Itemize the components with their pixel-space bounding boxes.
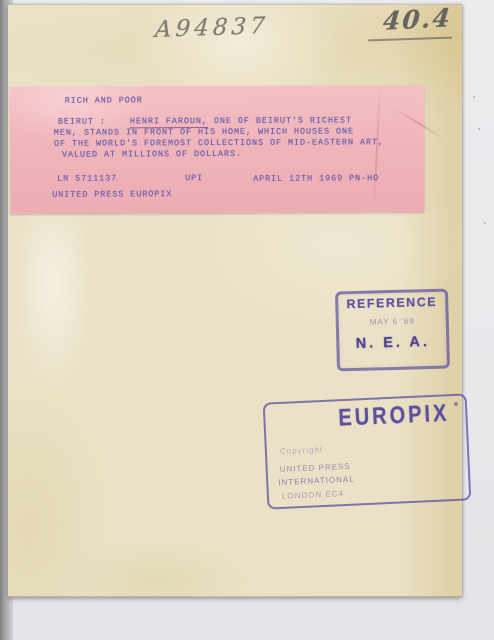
dust-speck (473, 96, 475, 98)
caption-line-3: OF THE WORLD'S FOREMOST COLLECTIONS OF M… (54, 137, 384, 148)
slip-date-line: APRIL 12TH 1969 PN-HO (253, 173, 379, 184)
europix-stamp: EUROPIX Copyright UNITED PRESS INTERNATI… (263, 393, 472, 509)
europix-stamp-line: UNITED PRESS (280, 462, 351, 474)
caption-line-4: VALUED AT MILLIONS OF DOLLARS. (62, 149, 242, 160)
reference-stamp-title: REFERENCE (338, 295, 445, 312)
caption-slip: RICH AND POOR BEIRUT :HENRI FAROUN,ONE O… (10, 85, 425, 214)
dust-speck (478, 128, 480, 130)
europix-stamp-line: INTERNATIONAL (278, 475, 355, 487)
slip-reference-number: LN 5711137 (57, 173, 117, 183)
handwritten-number: 40.4 (382, 3, 453, 36)
caption-dateline: BEIRUT : (58, 116, 106, 126)
europix-stamp-corner-dot (454, 402, 458, 406)
reference-stamp: REFERENCE MAY 6 '69 N. E. A. (335, 289, 450, 372)
dust-speck (484, 222, 486, 224)
slip-crease (394, 107, 446, 140)
europix-copyright-label: Copyright (280, 445, 324, 456)
europix-stamp-title: EUROPIX (338, 400, 450, 433)
europix-stamp-line: LONDON EC4 (282, 489, 344, 501)
photo-back-paper: A94837 40.4 RICH AND POOR BEIRUT :HENRI … (8, 4, 462, 597)
slip-agency-abbr: UPI (185, 173, 203, 183)
photo-scan: A94837 40.4 RICH AND POOR BEIRUT :HENRI … (0, 0, 494, 640)
caption-line-2: MEN, STANDS IN FRONT OF HIS HOME, WHICH … (54, 126, 354, 137)
handwritten-archive-code: A94837 (154, 13, 270, 43)
reference-stamp-org: N. E. A. (339, 334, 446, 353)
caption-slug: RICH AND POOR (65, 95, 143, 105)
slip-crease (373, 85, 381, 212)
reference-stamp-date: MAY 6 '69 (339, 316, 446, 328)
handwritten-number-underline (368, 37, 452, 42)
slip-agency-name: UNITED PRESS EUROPIX (52, 189, 172, 200)
caption-line-1-rest: ONE OF BEIRUT'S RICHEST (214, 115, 352, 126)
caption-line-1: BEIRUT :HENRI FAROUN,ONE OF BEIRUT'S RIC… (58, 115, 352, 126)
